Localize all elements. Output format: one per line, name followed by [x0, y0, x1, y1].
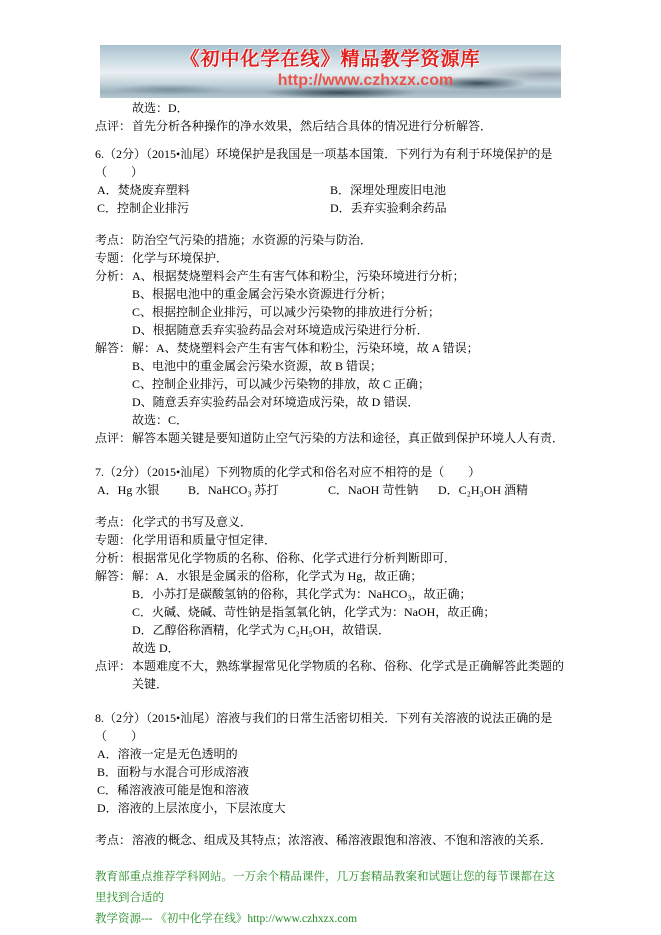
jieda-label: 解答： [95, 567, 131, 585]
kaodian-label: 考点： [95, 513, 131, 531]
q6-dianping: 点评： 解答本题关键是要知道防止空气污染的方法和途径，真正做到保护环境人人有责． [95, 429, 566, 447]
q6-kaodian: 考点： 防治空气污染的措施；水资源的污染与防治． [95, 231, 566, 249]
q7-option-a: A．Hg 水银 [97, 481, 188, 499]
fenxi-label: 分析： [95, 267, 131, 285]
q6-fenxi-b: B、根据电池中的重金属会污染水资源进行分析； [95, 285, 566, 303]
q8-option-b: B．面粉与水混合可形成溶液 [95, 763, 566, 781]
q6-kaodian-text: 防治空气污染的措施；水资源的污染与防治． [132, 233, 372, 247]
q8-option-c: C．稀溶液液可能是饱和溶液 [95, 781, 566, 799]
q8-option-d: D．溶液的上层浓度小，下层浓度大 [95, 799, 566, 817]
kaodian-label: 考点： [95, 231, 131, 249]
q7-fenxi: 分析： 根据常见化学物质的名称、俗称、化学式进行分析判断即可． [95, 549, 566, 567]
prev-comment: 点评： 首先分析各种操作的净水效果，然后结合具体的情况进行分析解答． [95, 117, 566, 135]
q7-zhuanti-text: 化学用语和质量守恒定律． [132, 533, 276, 547]
footer-url[interactable]: http://www.czhxzx.com [247, 913, 357, 925]
q8-stem-line1: 8.（2分）（2015•汕尾）溶液与我们的日常生活密切相关．下列有关溶液的说法正… [95, 709, 566, 727]
q8-kaodian-text: 溶液的概念、组成及其特点；浓溶液、稀溶液跟饱和溶液、不饱和溶液的关系． [132, 833, 552, 847]
footer-line1: 教育部重点推荐学科网站。一万余个精品课件，几万套精品教案和试题让您的每节课都在这… [95, 867, 566, 909]
q7-dianping-text: 本题难度不大，熟练掌握常见化学物质的名称、俗称、化学式是正确解答此类题的关键． [132, 659, 564, 691]
q7-jieda: 解答： 解：A．水银是金属汞的俗称，化学式为 Hg，故正确； [95, 567, 566, 585]
dianping-label: 点评： [95, 117, 131, 135]
q6-zhuanti: 专题： 化学与环境保护． [95, 249, 566, 267]
site-banner-title: 《初中化学在线》精品教学资源库 [100, 50, 561, 68]
q7-dianping: 点评： 本题难度不大，熟练掌握常见化学物质的名称、俗称、化学式是正确解答此类题的… [95, 657, 566, 693]
q6-answer-choice: 故选：C． [95, 411, 566, 429]
q8-option-a: A．溶液一定是无色透明的 [95, 745, 566, 763]
q6-jieda-b: B、电池中的重金属会污染水资源，故 B 错误； [95, 357, 566, 375]
footer-line2: 教学资源--- 《初中化学在线》http://www.czhxzx.com [95, 909, 566, 930]
q6-jieda: 解答： 解：A、焚烧塑料会产生有害气体和粉尘，污染环境，故 A 错误； [95, 339, 566, 357]
q6-option-a: A．焚烧废弃塑料 [97, 181, 330, 199]
q7-option-d: D．C₂H₃OH 酒精 [438, 481, 528, 499]
q6-fenxi: 分析： A、根据焚烧塑料会产生有害气体和粉尘，污染环境进行分析； [95, 267, 566, 285]
q8-stem-line2: （ ） [95, 727, 566, 745]
q6-stem-line1: 6.（2分）（2015•汕尾）环境保护是我国是一项基本国策．下列行为有利于环境保… [95, 145, 566, 163]
q6-option-d: D．丢弃实验剩余药品 [330, 199, 447, 217]
dianping-label: 点评： [95, 657, 131, 675]
prev-comment-text: 首先分析各种操作的净水效果，然后结合具体的情况进行分析解答． [132, 119, 492, 133]
q7-kaodian: 考点： 化学式的书写及意义． [95, 513, 566, 531]
site-banner-image: 《初中化学在线》精品教学资源库 http://www.czhxzx.com [100, 45, 561, 98]
q6-jieda-d: D、随意丢弃实验药品会对环境造成污染，故 D 错误． [95, 393, 566, 411]
kaodian-label: 考点： [95, 831, 131, 849]
q6-fenxi-d: D、根据随意丢弃实验药品会对环境造成污染进行分析． [95, 321, 566, 339]
zhuanti-label: 专题： [95, 249, 131, 267]
q7-jieda-a: 解：A．水银是金属汞的俗称，化学式为 Hg，故正确； [132, 569, 422, 583]
q6-option-c: C．控制企业排污 [97, 199, 330, 217]
q6-jieda-a: 解：A、焚烧塑料会产生有害气体和粉尘，污染环境，故 A 错误； [132, 341, 479, 355]
page-footer: 教育部重点推荐学科网站。一万余个精品课件，几万套精品教案和试题让您的每节课都在这… [95, 867, 566, 930]
q7-option-b: B．NaHCO₃ 苏打 [188, 481, 328, 499]
site-banner-url[interactable]: http://www.czhxzx.com [170, 72, 561, 90]
q7-answer-choice: 故选 D． [95, 639, 566, 657]
footer-line2-prefix: 教学资源--- 《初中化学在线》 [95, 913, 247, 925]
zhuanti-label: 专题： [95, 531, 131, 549]
q8-kaodian: 考点： 溶液的概念、组成及其特点；浓溶液、稀溶液跟饱和溶液、不饱和溶液的关系． [95, 831, 566, 849]
document-page: 《初中化学在线》精品教学资源库 http://www.czhxzx.com 故选… [0, 0, 661, 935]
q7-jieda-b: B．小苏打是碳酸氢钠的俗称，其化学式为：NaHCO₃，故正确； [95, 585, 566, 603]
q7-jieda-c: C．火碱、烧碱、苛性钠是指氢氧化钠，化学式为：NaOH，故正确； [95, 603, 566, 621]
fenxi-label: 分析： [95, 549, 131, 567]
prev-answer-choice: 故选：D． [95, 99, 566, 117]
q7-stem: 7.（2分）（2015•汕尾）下列物质的化学式和俗名对应不相符的是（ ） [95, 463, 566, 481]
q6-zhuanti-text: 化学与环境保护． [132, 251, 228, 265]
q6-dianping-text: 解答本题关键是要知道防止空气污染的方法和途径，真正做到保护环境人人有责． [132, 431, 564, 445]
q6-fenxi-a: A、根据焚烧塑料会产生有害气体和粉尘，污染环境进行分析； [132, 269, 465, 283]
q7-kaodian-text: 化学式的书写及意义． [132, 515, 252, 529]
q6-options-row1: A．焚烧废弃塑料 B．深埋处理废旧电池 [95, 181, 566, 199]
q7-options-row: A．Hg 水银 B．NaHCO₃ 苏打 C．NaOH 苛性钠 D．C₂H₃OH … [95, 481, 566, 499]
q6-jieda-c: C、控制企业排污，可以减少污染物的排放，故 C 正确； [95, 375, 566, 393]
q7-zhuanti: 专题： 化学用语和质量守恒定律． [95, 531, 566, 549]
q7-jieda-d: D．乙醇俗称酒精，化学式为 C₂H₅OH，故错误． [95, 621, 566, 639]
jieda-label: 解答： [95, 339, 131, 357]
q7-option-c: C．NaOH 苛性钠 [328, 481, 438, 499]
q6-fenxi-c: C、根据控制企业排污，可以减少污染物的排放进行分析； [95, 303, 566, 321]
q6-options-row2: C．控制企业排污 D．丢弃实验剩余药品 [95, 199, 566, 217]
q6-option-b: B．深埋处理废旧电池 [330, 181, 446, 199]
dianping-label: 点评： [95, 429, 131, 447]
q7-fenxi-text: 根据常见化学物质的名称、俗称、化学式进行分析判断即可． [132, 551, 456, 565]
q6-stem-line2: （ ） [95, 163, 566, 181]
